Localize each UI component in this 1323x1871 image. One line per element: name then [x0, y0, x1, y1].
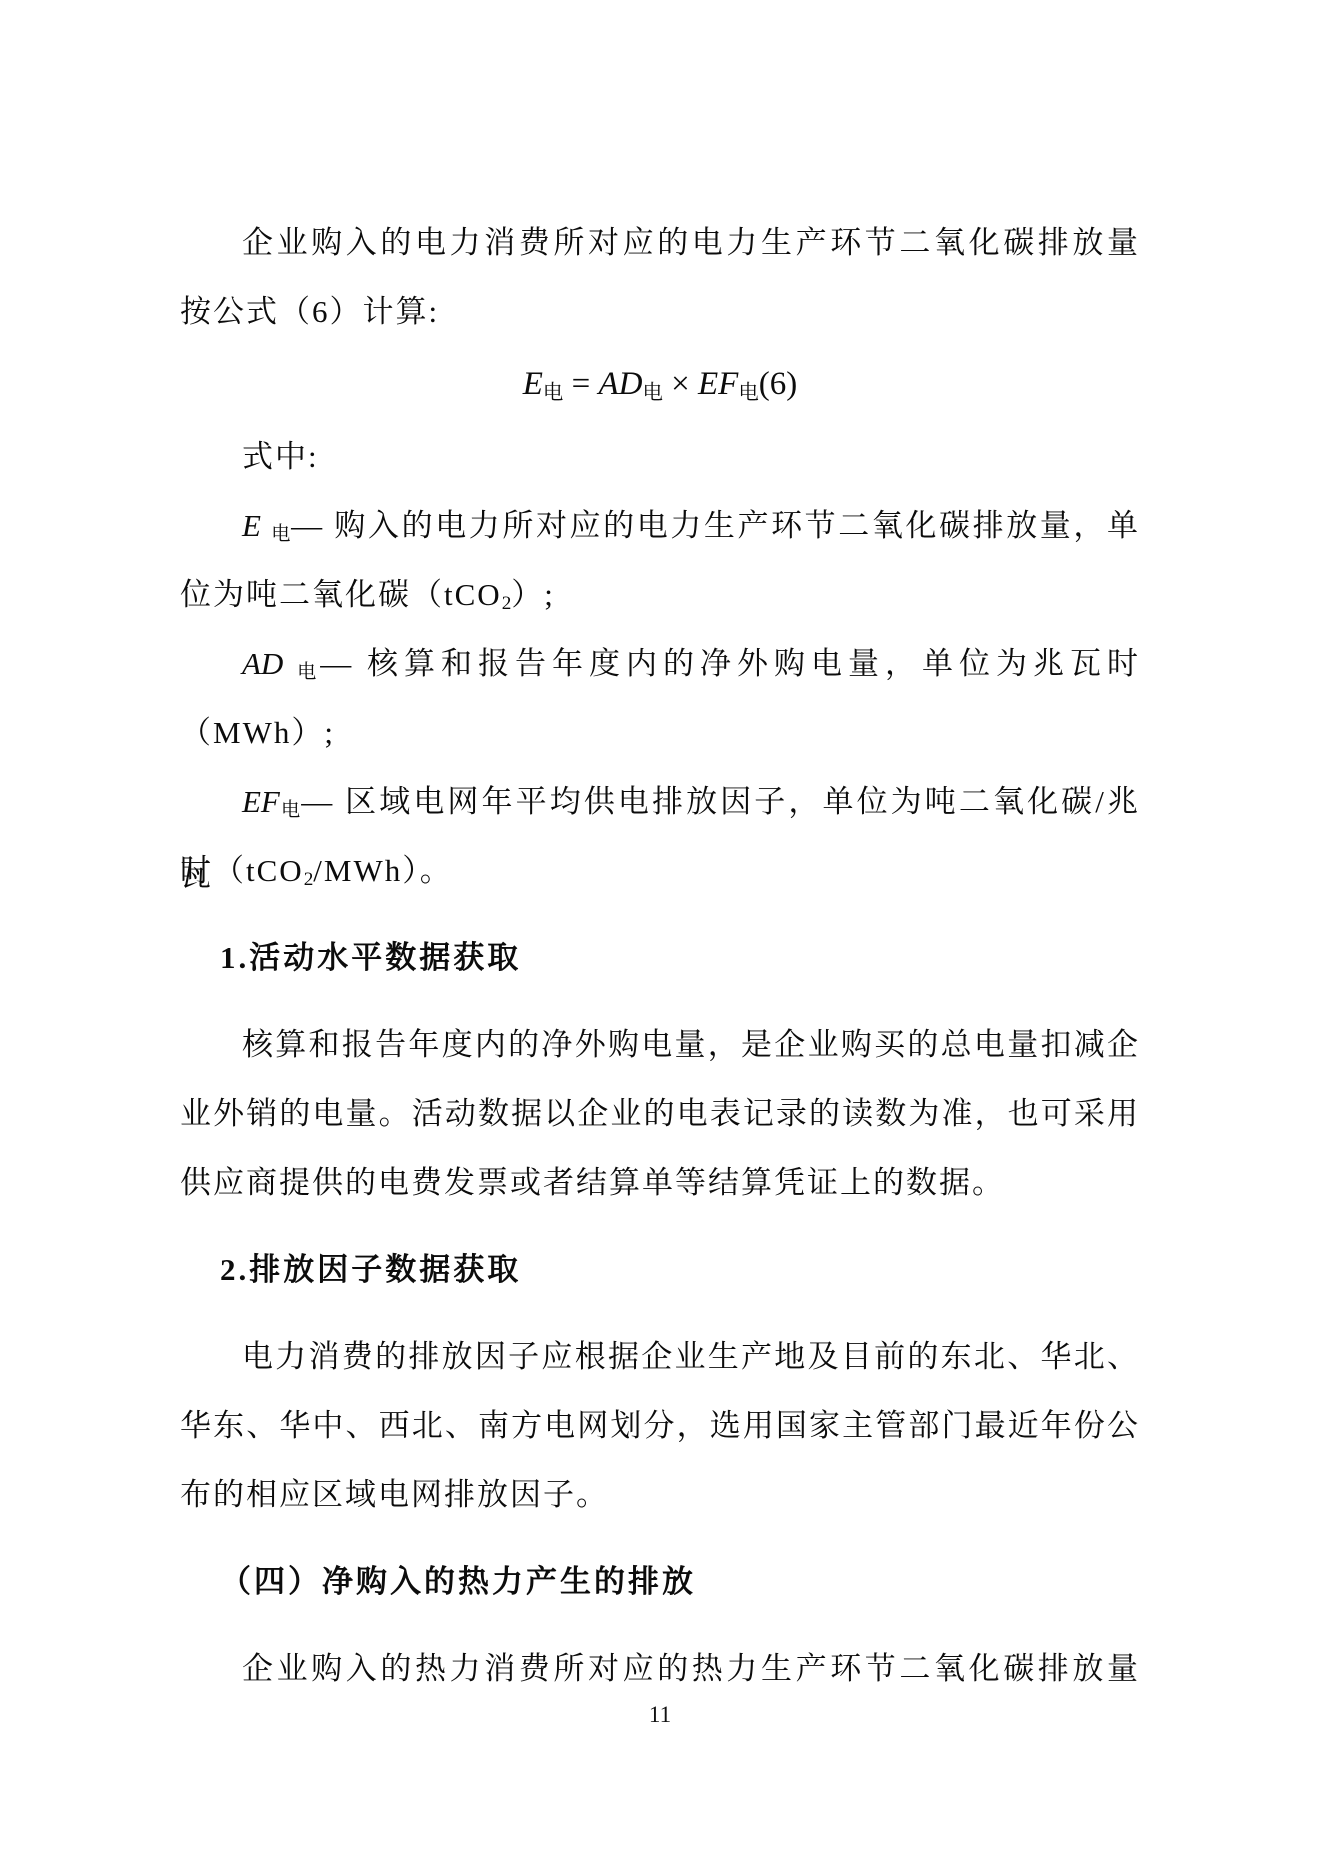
- text-line: 业外销的电量。活动数据以企业的电表记录的读数为准，也可采用: [180, 1079, 1140, 1148]
- math-variable: EF: [242, 784, 280, 819]
- page-number: 11: [180, 1700, 1140, 1730]
- text-segment: [283, 646, 297, 681]
- text-segment: 1.活动水平数据获取: [220, 940, 521, 975]
- equation-number: (6): [759, 366, 797, 402]
- subscript: 电: [280, 800, 301, 821]
- text-line: 企业购入的热力消费所对应的热力生产环节二氧化碳排放量: [180, 1634, 1140, 1703]
- section-heading: 2.排放因子数据获取: [180, 1235, 1140, 1304]
- text-line: EF电— 区域电网年平均供电排放因子，单位为吨二氧化碳/兆瓦: [180, 767, 1140, 836]
- text-line: 时（tCO2/MWh）。: [180, 836, 1140, 905]
- math-operator: ×: [663, 366, 698, 402]
- math-variable: E: [523, 366, 543, 402]
- text-line: 位为吨二氧化碳（tCO2）;: [180, 560, 1140, 629]
- text-segment: 按公式（6）计算:: [180, 294, 439, 329]
- subscript: 电: [271, 524, 291, 545]
- text-segment: 2.排放因子数据获取: [220, 1252, 521, 1287]
- text-segment: 业外销的电量。活动数据以企业的电表记录的读数为准，也可采用: [180, 1096, 1140, 1131]
- section-heading: 1.活动水平数据获取: [180, 923, 1140, 992]
- equation-line: E电 = AD电 × EF电(6): [180, 346, 1140, 422]
- text-segment: 布的相应区域电网排放因子。: [180, 1477, 609, 1512]
- text-segment: 电力消费的排放因子应根据企业生产地及目前的东北、华北、: [242, 1339, 1140, 1374]
- text-segment: 式中:: [242, 439, 319, 474]
- text-segment: 华东、华中、西北、南方电网划分，选用国家主管部门最近年份公: [180, 1408, 1140, 1443]
- text-segment: /MWh）。: [313, 853, 452, 888]
- subscript: 电: [642, 382, 662, 404]
- document-body: 企业购入的电力消费所对应的电力生产环节二氧化碳排放量按公式（6）计算:E电 = …: [180, 208, 1140, 1703]
- math-operator: =: [563, 366, 598, 402]
- subscript: 电: [543, 382, 563, 404]
- text-segment: 位为吨二氧化碳（tCO: [180, 577, 502, 612]
- text-segment: 供应商提供的电费发票或者结算单等结算凭证上的数据。: [180, 1165, 1005, 1200]
- math-variable: AD: [598, 366, 642, 402]
- text-line: 企业购入的电力消费所对应的电力生产环节二氧化碳排放量: [180, 208, 1140, 277]
- subscript: 电: [297, 662, 320, 683]
- text-segment: （四）净购入的热力产生的排放: [220, 1564, 696, 1599]
- text-segment: （MWh）;: [180, 715, 335, 750]
- subscript: 电: [738, 382, 758, 404]
- text-line: 布的相应区域电网排放因子。: [180, 1460, 1140, 1529]
- text-segment: 企业购入的电力消费所对应的电力生产环节二氧化碳排放量: [242, 225, 1140, 260]
- math-variable: AD: [242, 646, 283, 681]
- text-line: （MWh）;: [180, 698, 1140, 767]
- text-line: 华东、华中、西北、南方电网划分，选用国家主管部门最近年份公: [180, 1391, 1140, 1460]
- text-line: 电力消费的排放因子应根据企业生产地及目前的东北、华北、: [180, 1322, 1140, 1391]
- document-page: 企业购入的电力消费所对应的电力生产环节二氧化碳排放量按公式（6）计算:E电 = …: [0, 0, 1323, 1871]
- text-line: E 电— 购入的电力所对应的电力生产环节二氧化碳排放量，单: [180, 491, 1140, 560]
- text-segment: [261, 508, 271, 543]
- text-line: 核算和报告年度内的净外购电量，是企业购买的总电量扣减企: [180, 1010, 1140, 1079]
- text-line: 供应商提供的电费发票或者结算单等结算凭证上的数据。: [180, 1148, 1140, 1217]
- text-segment: 时（tCO: [180, 853, 304, 888]
- text-line: AD 电— 核算和报告年度内的净外购电量，单位为兆瓦时: [180, 629, 1140, 698]
- text-line: 式中:: [180, 422, 1140, 491]
- text-segment: — 购入的电力所对应的电力生产环节二氧化碳排放量，单: [291, 508, 1140, 543]
- math-variable: E: [242, 508, 261, 543]
- text-segment: 企业购入的热力消费所对应的热力生产环节二氧化碳排放量: [242, 1651, 1140, 1686]
- text-segment: — 核算和报告年度内的净外购电量，单位为兆瓦时: [320, 646, 1140, 681]
- subscript: 2: [304, 869, 314, 890]
- text-line: 按公式（6）计算:: [180, 277, 1140, 346]
- text-segment: 核算和报告年度内的净外购电量，是企业购买的总电量扣减企: [242, 1027, 1140, 1062]
- math-variable: EF: [698, 366, 738, 402]
- subscript: 2: [502, 593, 512, 614]
- section-heading: （四）净购入的热力产生的排放: [180, 1547, 1140, 1616]
- text-segment: ）;: [511, 577, 555, 612]
